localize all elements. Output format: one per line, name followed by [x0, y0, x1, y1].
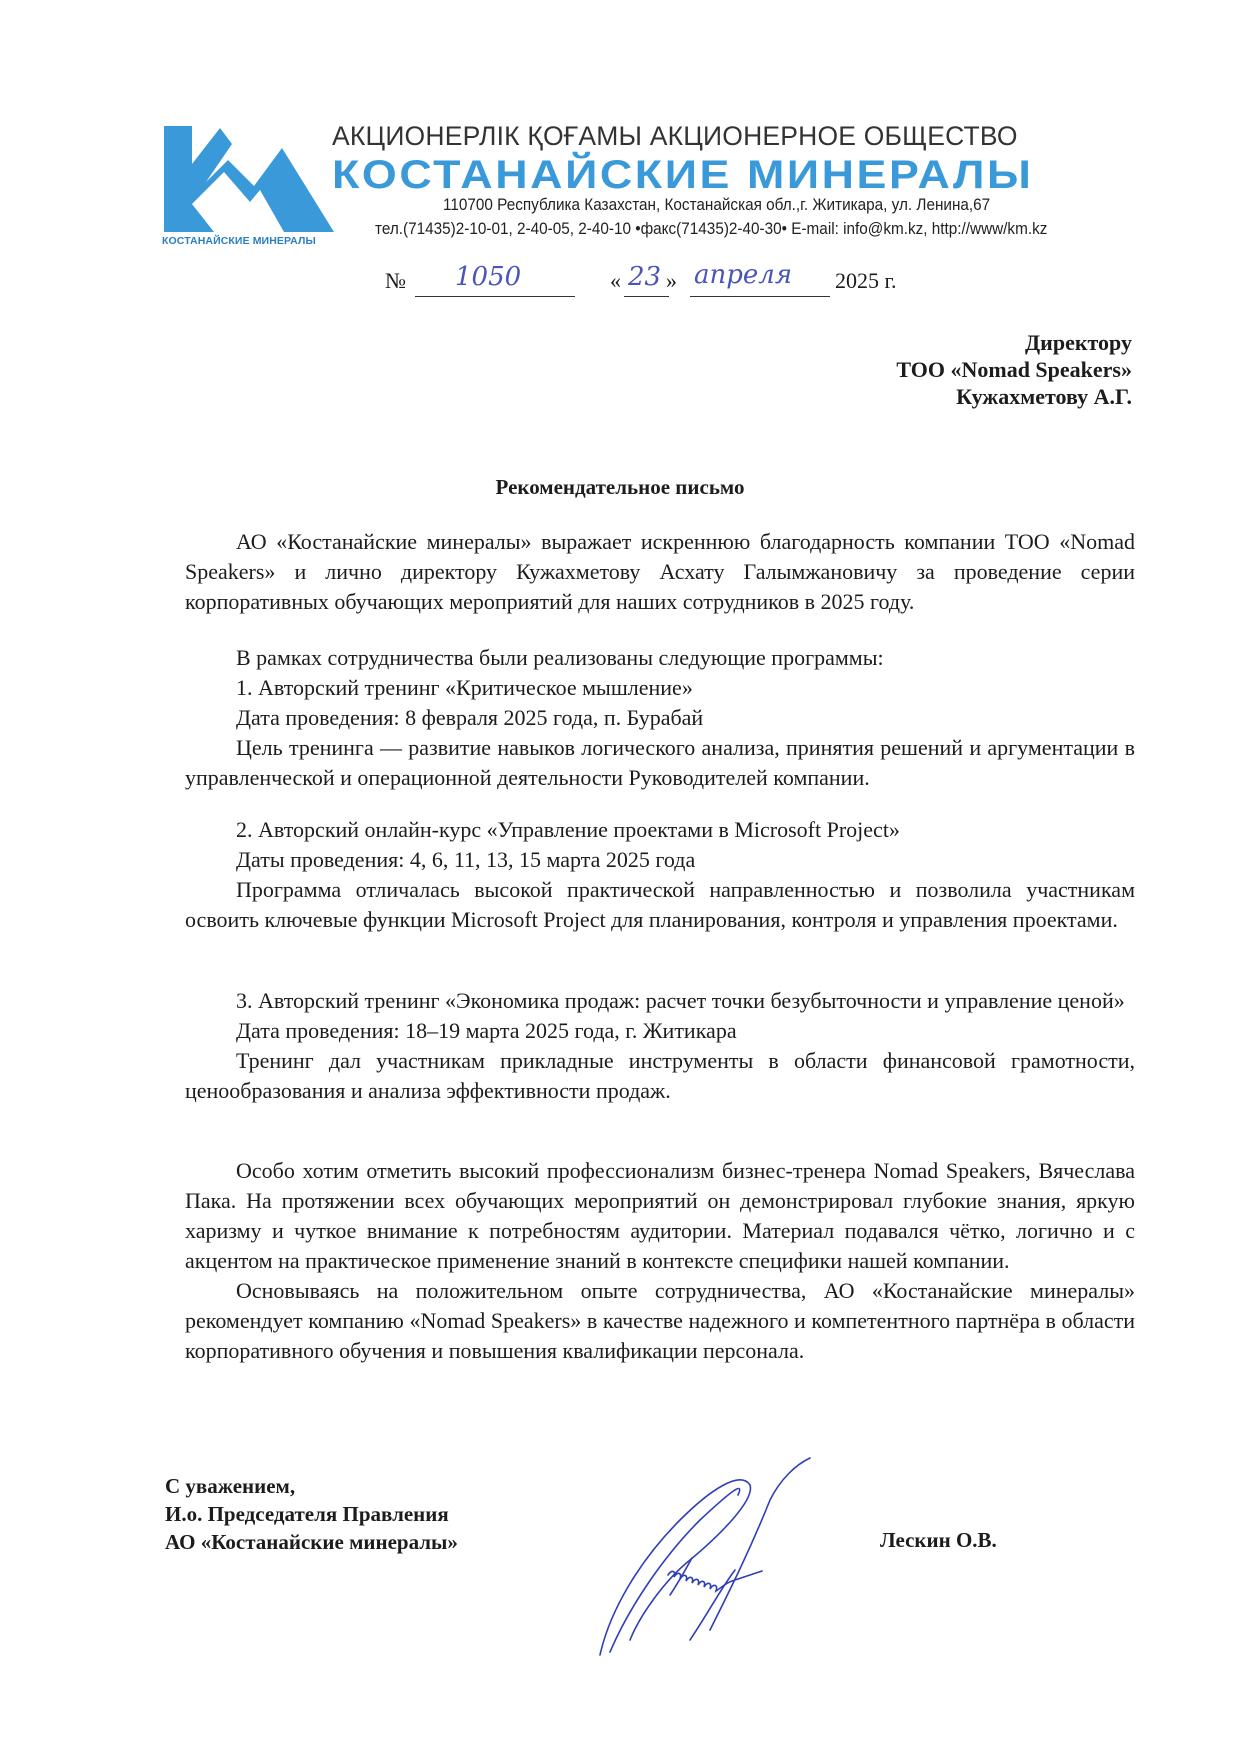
- trainer-paragraph: Особо хотим отметить высокий профессиона…: [185, 1156, 1135, 1276]
- ref-day-handwritten: 23: [628, 262, 661, 292]
- program-2-date: Даты проведения: 4, 6, 11, 13, 15 марта …: [185, 845, 1135, 875]
- program-3-description: Тренинг дал участникам прикладные инстру…: [185, 1046, 1135, 1106]
- logo-caption: КОСТАНАЙСКИЕ МИНЕРАЛЫ: [162, 235, 316, 247]
- signer-organization: АО «Костанайские минералы»: [165, 1528, 458, 1556]
- company-logo: КОСТАНАЙСКИЕ МИНЕРАЛЫ: [162, 124, 338, 254]
- ref-day-underline: [624, 296, 669, 297]
- ref-month-handwritten: апреля: [694, 260, 792, 290]
- recommendation-paragraph: Основываясь на положительном опыте сотру…: [185, 1276, 1135, 1366]
- program-3-section: 3. Авторский тренинг «Экономика продаж: …: [185, 986, 1135, 1106]
- addressee-name: Кужахметову А.Г.: [956, 384, 1132, 410]
- programs-intro: В рамках сотрудничества были реализованы…: [185, 643, 1135, 673]
- program-2-title: 2. Авторский онлайн-курс «Управление про…: [185, 815, 1135, 845]
- closing: С уважением,: [165, 1472, 458, 1500]
- ref-day-close-quote: »: [666, 268, 677, 294]
- signature-scribble-icon: [570, 1440, 870, 1660]
- trainer-section: Особо хотим отметить высокий профессиона…: [185, 1156, 1135, 1366]
- program-3-title: 3. Авторский тренинг «Экономика продаж: …: [185, 986, 1135, 1016]
- ref-year: 2025 г.: [835, 268, 897, 294]
- letterhead-address: 110700 Республика Казахстан, Костанайска…: [443, 195, 990, 215]
- ref-number-underline: [415, 296, 575, 297]
- signer-name: Лескин О.В.: [880, 1528, 997, 1553]
- programs-section: В рамках сотрудничества были реализованы…: [185, 643, 1135, 793]
- program-3-date: Дата проведения: 18–19 марта 2025 года, …: [185, 1016, 1135, 1046]
- letterhead-company-name: КОСТАНАЙСКИЕ МИНЕРАЛЫ: [332, 153, 1033, 198]
- ref-day-open-quote: «: [610, 268, 621, 294]
- signer-position: И.о. Председателя Правления: [165, 1500, 458, 1528]
- ref-number-handwritten: 1050: [455, 262, 521, 292]
- intro-text: АО «Костанайские минералы» выражает искр…: [185, 527, 1135, 617]
- program-1-title: 1. Авторский тренинг «Критическое мышлен…: [185, 673, 1135, 703]
- addressee-position: Директору: [1025, 330, 1132, 356]
- addressee-company: ТОО «Nomad Speakers»: [896, 357, 1132, 383]
- letterhead-org-type: АКЦИОНЕРЛІК ҚОҒАМЫ АКЦИОНЕРНОЕ ОБЩЕСТВО: [332, 121, 1018, 152]
- letterhead-contacts: тел.(71435)2-10-01, 2-40-05, 2-40-10 •фа…: [375, 219, 1047, 239]
- handwritten-signature: [570, 1440, 870, 1660]
- signature-block: С уважением, И.о. Председателя Правления…: [165, 1472, 458, 1556]
- program-1-description: Цель тренинга — развитие навыков логичес…: [185, 733, 1135, 793]
- ref-number-label: №: [385, 268, 406, 294]
- program-2-section: 2. Авторский онлайн-курс «Управление про…: [185, 815, 1135, 935]
- program-1-date: Дата проведения: 8 февраля 2025 года, п.…: [185, 703, 1135, 733]
- intro-paragraph: АО «Костанайские минералы» выражает искр…: [185, 527, 1135, 617]
- letter-title: Рекомендательное письмо: [0, 475, 1240, 500]
- program-2-description: Программа отличалась высокой практическо…: [185, 875, 1135, 935]
- ref-month-underline: [690, 296, 830, 297]
